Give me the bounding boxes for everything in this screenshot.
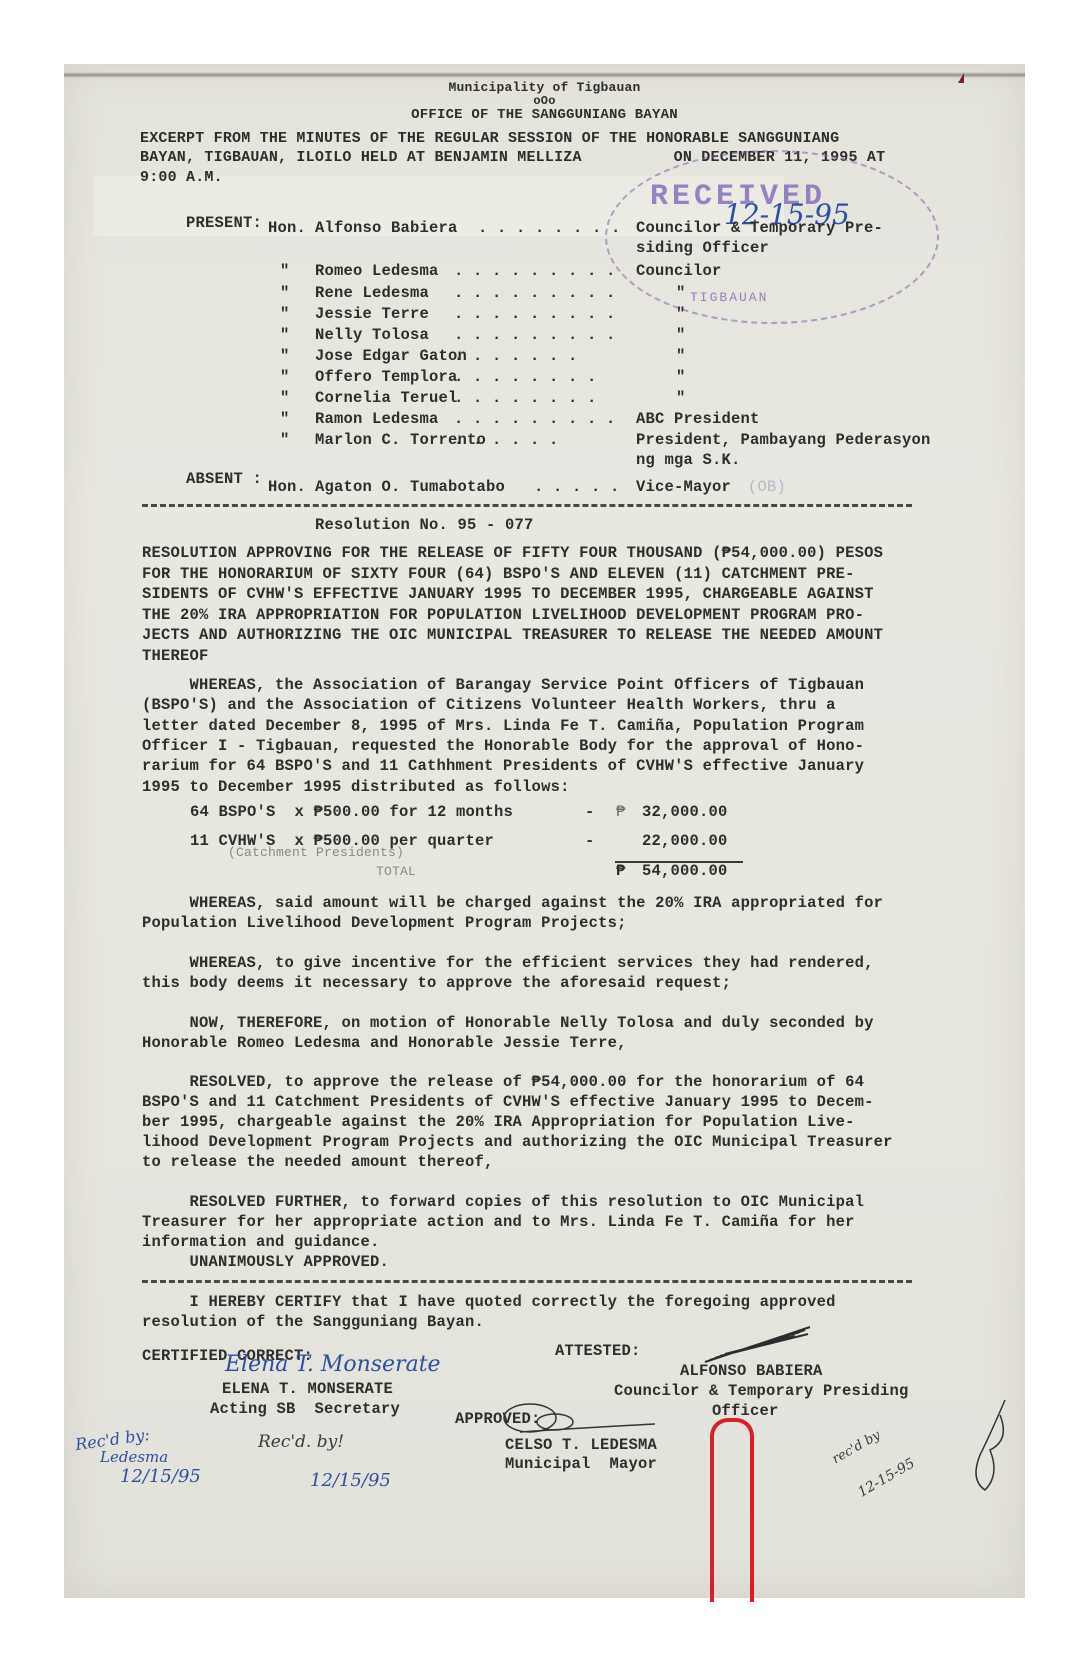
breakdown-row-2-amount: 22,000.00 (642, 832, 728, 850)
absent-position: Vice-Mayor (636, 478, 731, 496)
breakdown-row-2-dash: - (585, 832, 595, 850)
present-name: Romeo Ledesma (315, 262, 439, 280)
present-dots: . . . . . . (454, 431, 559, 449)
whereas3-line: this body deems it necessary to approve … (142, 974, 731, 992)
present-name: Jose Edgar Gaton (315, 347, 467, 365)
present-prefix: " (280, 305, 290, 323)
present-position-continued: ng mga S.K. (636, 451, 741, 469)
breakdown-row-1-currency: ₱ (616, 803, 626, 821)
secretary-title: Acting SB Secretary (210, 1400, 400, 1418)
present-name: Rene Ledesma (315, 284, 429, 302)
present-prefix: " (280, 262, 290, 280)
present-position: Councilor & Temporary Pre- (636, 219, 883, 237)
received-stamp (605, 150, 939, 324)
excerpt-line-1: EXCERPT FROM THE MINUTES OF THE REGULAR … (140, 130, 839, 147)
present-name: Nelly Tolosa (315, 326, 429, 344)
certification-line: I HEREBY CERTIFY that I have quoted corr… (142, 1293, 836, 1311)
divider-top (142, 504, 912, 507)
present-position: President, Pambayang Pederasyon (636, 431, 931, 449)
present-prefix: " (280, 389, 290, 407)
now-therefore-line: NOW, THEREFORE, on motion of Honorable N… (142, 1014, 874, 1032)
present-dots: . . . . . . . . (454, 368, 597, 386)
title-lines-line: THE 20% IRA APPROPRIATION FOR POPULATION… (142, 606, 864, 624)
resolved-further-line: Treasurer for her appropriate action and… (142, 1213, 855, 1231)
present-position: Councilor (636, 262, 722, 280)
present-position: " (676, 326, 686, 344)
title-lines-line: FOR THE HONORARIUM OF SIXTY FOUR (64) BS… (142, 565, 855, 583)
attester-name: ALFONSO BABIERA (680, 1362, 823, 1380)
receipt-note-2-date: 12/15/95 (310, 1470, 391, 1491)
breakdown-row-1-dash: - (585, 803, 595, 821)
receipt-note-1-name: Ledesma (100, 1448, 168, 1466)
mayor-signature (500, 1400, 660, 1440)
secretary-name: ELENA T. MONSERATE (222, 1380, 393, 1398)
receipt-note-1-date: 12/15/95 (120, 1466, 201, 1487)
title-lines-line: RESOLUTION APPROVING FOR THE RELEASE OF … (142, 544, 883, 562)
mayor-name: CELSO T. LEDESMA (505, 1436, 657, 1454)
mayor-title: Municipal Mayor (505, 1455, 657, 1473)
present-prefix: " (280, 368, 290, 386)
present-dots: . . . . . . . . (454, 389, 597, 407)
title-lines-line: THEREOF (142, 647, 209, 665)
present-dots: . . . . . . . (454, 347, 578, 365)
excerpt-line-3: 9:00 A.M. (140, 169, 223, 186)
resolved-line: to release the needed amount thereof, (142, 1153, 494, 1171)
whereas2-line: Population Livelihood Development Progra… (142, 914, 627, 932)
attester-signature (700, 1322, 820, 1367)
attested-label: ATTESTED: (555, 1342, 641, 1360)
present-name: Cornelia Teruel (315, 389, 458, 407)
certification-line: resolution of the Sangguniang Bayan. (142, 1313, 484, 1331)
present-position: ABC President (636, 410, 760, 428)
present-prefix: " (280, 284, 290, 302)
breakdown-row-1-description: 64 BSPO'S x ₱500.00 for 12 months (190, 803, 513, 821)
present-dots: . . . . . . . . (478, 219, 621, 237)
present-prefix: " (280, 431, 290, 449)
ornament: oOo (64, 94, 1025, 108)
absent-label: ABSENT : (186, 470, 262, 488)
present-dots: . . . . . . . . . (454, 410, 616, 428)
present-name: Ramon Ledesma (315, 410, 439, 428)
approval-statement: UNANIMOUSLY APPROVED. (142, 1253, 389, 1271)
divider-bottom (142, 1280, 912, 1283)
absent-dots: . . . . . (534, 478, 620, 496)
whereas2-line: WHEREAS, said amount will be charged aga… (142, 894, 883, 912)
present-position-continued: siding Officer (636, 239, 769, 257)
present-position: " (676, 284, 686, 302)
margin-signature (950, 1395, 1020, 1500)
whereas1-line: letter dated December 8, 1995 of Mrs. Li… (142, 717, 864, 735)
receipt-note-2-label: Rec'd. by! (258, 1432, 344, 1452)
present-prefix: Hon. (268, 219, 306, 237)
total-label: TOTAL (376, 864, 416, 879)
total-currency: ₱ (616, 862, 626, 880)
resolved-line: ber 1995, chargeable against the 20% IRA… (142, 1113, 855, 1131)
resolution-number: Resolution No. 95 - 077 (315, 516, 534, 534)
whereas1-line: (BSPO'S) and the Association of Citizens… (142, 696, 836, 714)
total-amount: 54,000.00 (642, 862, 728, 880)
whereas3-line: WHEREAS, to give incentive for the effic… (142, 954, 874, 972)
title-lines-line: JECTS AND AUTHORIZING THE OIC MUNICIPAL … (142, 626, 883, 644)
present-prefix: " (280, 326, 290, 344)
present-position: " (676, 389, 686, 407)
present-name: Alfonso Babiera (315, 219, 458, 237)
present-dots: . . . . . . . . . (454, 326, 616, 344)
paper-fold (64, 72, 1025, 78)
attester-title-2: Officer (712, 1402, 779, 1420)
now-therefore-line: Honorable Romeo Ledesma and Honorable Je… (142, 1034, 627, 1052)
absent-note: (OB) (748, 478, 786, 496)
absent-name: Agaton O. Tumabotabo (315, 478, 505, 496)
resolved-further-line: RESOLVED FURTHER, to forward copies of t… (142, 1193, 864, 1211)
municipality-heading: Municipality of Tigbauan (64, 80, 1025, 95)
present-position: " (676, 368, 686, 386)
office-heading: OFFICE OF THE SANGGUNIANG BAYAN (64, 107, 1025, 123)
present-position: " (676, 347, 686, 365)
whereas1-line: rarium for 64 BSPO'S and 11 Cathhment Pr… (142, 757, 864, 775)
present-prefix: " (280, 410, 290, 428)
whereas1-line: Officer I - Tigbauan, requested the Hono… (142, 737, 864, 755)
present-name: Offero Templora (315, 368, 458, 386)
present-dots: . . . . . . . . . (454, 305, 616, 323)
paper-clip (710, 1418, 754, 1602)
whereas1-line: WHEREAS, the Association of Barangay Ser… (142, 676, 864, 694)
present-prefix: " (280, 347, 290, 365)
breakdown-row-1-amount: 32,000.00 (642, 803, 728, 821)
resolved-line: lihood Development Program Projects and … (142, 1133, 893, 1151)
present-dots: . . . . . . . . . (454, 262, 616, 280)
stamp-location-text: TIGBAUAN (690, 290, 768, 305)
resolved-line: RESOLVED, to approve the release of ₱54,… (142, 1073, 864, 1091)
resolved-line: BSPO'S and 11 Catchment Presidents of CV… (142, 1093, 874, 1111)
title-lines-line: SIDENTS OF CVHW'S EFFECTIVE JANUARY 1995… (142, 585, 874, 603)
breakdown-row-2-sub: (Catchment Presidents) (228, 845, 404, 860)
present-dots: . . . . . . . . . (454, 284, 616, 302)
present-position: " (676, 305, 686, 323)
resolved-further-line: information and guidance. (142, 1233, 380, 1251)
attester-title-1: Councilor & Temporary Presiding (614, 1382, 909, 1400)
whereas1-line: 1995 to December 1995 distributed as fol… (142, 778, 570, 796)
present-name: Jessie Terre (315, 305, 429, 323)
absent-prefix: Hon. (268, 478, 306, 496)
secretary-signature: Elena T. Monserate (225, 1352, 441, 1377)
present-label: PRESENT: (186, 214, 262, 232)
